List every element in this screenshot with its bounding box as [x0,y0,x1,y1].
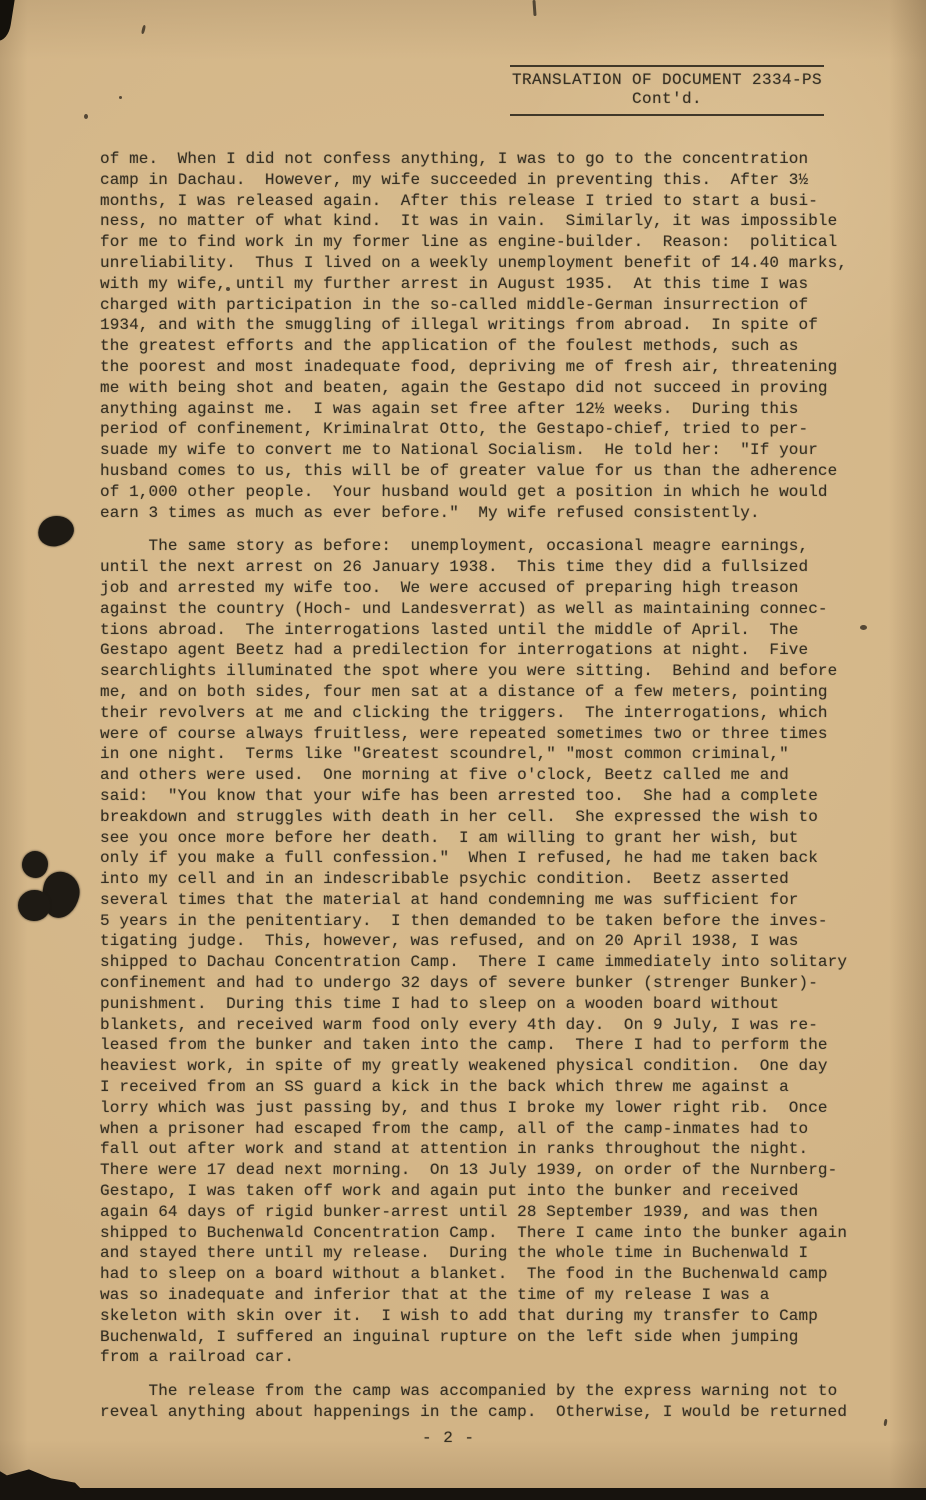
text-line: me with being shot and beaten, again the… [100,378,890,399]
text-line: were of course always fruitless, were re… [100,724,890,745]
text-line: when a prisoner had escaped from the cam… [100,1119,890,1140]
text-line: of me. When I did not confess anything, … [100,149,890,170]
text-line: see you once more before her death. I am… [100,828,890,849]
text-line: period of confinement, Kriminalrat Otto,… [100,419,890,440]
ink-blot [22,851,48,878]
scan-edge-bottom [0,1488,926,1500]
document-body: of me. When I did not confess anything, … [100,149,890,1436]
text-line: shipped to Dachau Concentration Camp. Th… [100,952,890,973]
text-line: fall out after work and stand at attenti… [100,1139,890,1160]
text-line: Gestapo agent Beetz had a predilection f… [100,640,890,661]
text-line: said: "You know that your wife has been … [100,786,890,807]
paper-speck [860,625,867,630]
document-header-contd: Cont'd. [510,90,824,109]
text-line: and stayed there until my release. Durin… [100,1243,890,1264]
document-header: TRANSLATION OF DOCUMENT 2334-PS Cont'd. [510,65,824,116]
text-line: 1934, and with the smuggling of illegal … [100,315,890,336]
text-line: again 64 days of rigid bunker-arrest unt… [100,1202,890,1223]
text-line: punishment. During this time I had to sl… [100,994,890,1015]
text-line: the greatest efforts and the application… [100,336,890,357]
text-line: confinement and had to undergo 32 days o… [100,973,890,994]
text-line: Buchenwald, I suffered an inguinal ruptu… [100,1327,890,1348]
text-line: from a railroad car. [100,1347,890,1368]
text-line: I received from an SS guard a kick in th… [100,1077,890,1098]
text-line: into my cell and in an indescribable psy… [100,869,890,890]
text-line: me, and on both sides, four men sat at a… [100,682,890,703]
text-line: had to sleep on a board without a blanke… [100,1264,890,1285]
text-line: tigating judge. This, however, was refus… [100,931,890,952]
paper-tear [0,1464,86,1494]
text-line: leased from the bunker and taken into th… [100,1035,890,1056]
text-line: the poorest and most inadequate food, de… [100,357,890,378]
text-line: camp in Dachau. However, my wife succeed… [100,170,890,191]
text-line: was so inadequate and inferior that at t… [100,1285,890,1306]
paper-speck [226,287,230,291]
text-line: of 1,000 other people. Your husband woul… [100,482,890,503]
text-line: earn 3 times as much as ever before." My… [100,503,890,524]
text-line: for me to find work in my former line as… [100,232,890,253]
text-line: searchlights illuminated the spot where … [100,661,890,682]
paragraph: The same story as before: unemployment, … [100,536,890,1368]
text-line: with my wife, until my further arrest in… [100,274,890,295]
text-line: husband comes to us, this will be of gre… [100,461,890,482]
text-line: The same story as before: unemployment, … [100,536,890,557]
text-line: suade my wife to convert me to National … [100,440,890,461]
text-line: only if you make a full confession." Whe… [100,848,890,869]
text-line: tions abroad. The interrogations lasted … [100,620,890,641]
text-line: skeleton with skin over it. I wish to ad… [100,1306,890,1327]
paragraph: of me. When I did not confess anything, … [100,149,890,523]
text-line: 5 years in the penitentiary. I then dema… [100,911,890,932]
paper-speck [119,96,122,99]
text-line: against the country (Hoch- und Landesver… [100,599,890,620]
text-line: job and arrested my wife too. We were ac… [100,578,890,599]
text-line: shipped to Buchenwald Concentration Camp… [100,1223,890,1244]
text-line: months, I was released again. After this… [100,191,890,212]
paper-speck [141,25,146,34]
text-line: reveal anything about happenings in the … [100,1402,890,1423]
text-line: several times that the material at hand … [100,890,890,911]
document-header-title: TRANSLATION OF DOCUMENT 2334-PS [510,71,824,90]
scanned-document-page: TRANSLATION OF DOCUMENT 2334-PS Cont'd. … [0,0,926,1500]
ink-blot [36,513,77,549]
text-line: There were 17 dead next morning. On 13 J… [100,1160,890,1181]
text-line: breakdown and struggles with death in he… [100,807,890,828]
text-line: until the next arrest on 26 January 1938… [100,557,890,578]
paper-speck [84,114,88,119]
pen-mark [532,0,536,16]
scan-edge-corner [0,0,16,42]
text-line: lorry which was just passing by, and thu… [100,1098,890,1119]
text-line: unreliability. Thus I lived on a weekly … [100,253,890,274]
text-line: charged with participation in the so-cal… [100,295,890,316]
paragraph: The release from the camp was accompanie… [100,1381,890,1423]
text-line: anything against me. I was again set fre… [100,399,890,420]
page-number: - 2 - [422,1429,475,1447]
ink-blot [18,890,50,921]
text-line: Gestapo, I was taken off work and again … [100,1181,890,1202]
text-line: blankets, and received warm food only ev… [100,1015,890,1036]
text-line: and others were used. One morning at fiv… [100,765,890,786]
text-line: their revolvers at me and clicking the t… [100,703,890,724]
text-line: ness, no matter of what kind. It was in … [100,211,890,232]
text-line: heaviest work, in spite of my greatly we… [100,1056,890,1077]
text-line: in one night. Terms like "Greatest scoun… [100,744,890,765]
text-line: The release from the camp was accompanie… [100,1381,890,1402]
